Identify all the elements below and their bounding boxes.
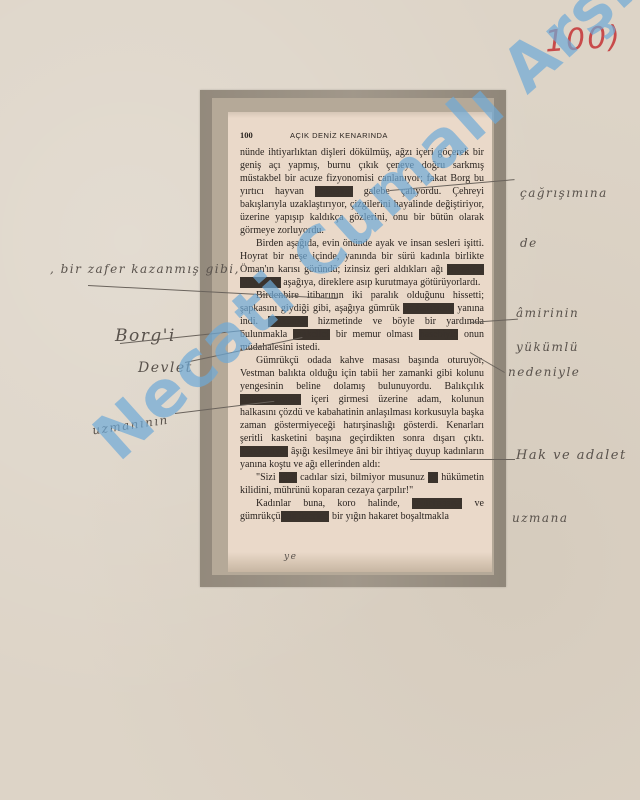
struck-word: mütehassısa: [412, 498, 462, 509]
struck-word: Hakkaniyet: [240, 446, 288, 457]
annotation-ye: ye: [284, 552, 297, 562]
clipping-paragraph: "Sizi gidi cadılar sizi, bilmiyor musunu…: [240, 471, 484, 497]
annotation-uzmaninin: uzmanının: [91, 413, 169, 438]
annotation-line-hak: [410, 459, 515, 460]
struck-word: muzaffer bir edayla: [240, 264, 484, 288]
clipping-paragraph: Birdenbire itibarının iki paralık olduğu…: [240, 289, 484, 354]
annotation-de: de: [520, 236, 538, 250]
annotation-amirinin: âmirinin: [516, 306, 579, 320]
clipping-paragraph: Birden aşağıda, evin önünde ayak ve insa…: [240, 237, 484, 289]
struck-word: tedaisine: [315, 186, 353, 197]
clipping-body: nünde ihtiyarlıktan dişleri dökülmüş, ağ…: [240, 146, 484, 523]
annotation-uzmana: uzmana: [512, 511, 568, 525]
struck-word: hasebiyle: [419, 329, 459, 340]
annotation-yukumlu: yükümlü: [516, 340, 579, 354]
page-number-annotation: 100): [544, 19, 623, 59]
struck-word: muhafızının: [403, 303, 453, 314]
struck-word: nün üzerine: [281, 511, 330, 522]
clipping-running-title: AÇIK DENİZ KENARINDA: [290, 131, 388, 140]
struck-word: ki: [428, 472, 438, 483]
annotation-zafer: , bir zafer kazanmış gibi,: [50, 262, 240, 276]
clipping-paragraph: nünde ihtiyarlıktan dişleri dökülmüş, ağ…: [240, 146, 484, 237]
struck-word: gidi: [279, 472, 297, 483]
annotation-nedeniyle: nedeniyle: [508, 365, 580, 379]
annotation-hak-ve-adalet: Hak ve adalet: [516, 448, 627, 463]
clipping-page-number: 100: [240, 130, 290, 140]
clipping-paragraph: Gümrükçü odada kahve masası başında otur…: [240, 354, 484, 471]
clipping-paragraph: Kadınlar buna, koro halinde, mütehassısa…: [240, 497, 484, 523]
clipping-header: 100 AÇIK DENİZ KENARINDA: [240, 130, 484, 140]
annotation-cagrisimina: çağrışımına: [520, 186, 608, 200]
struck-word: Hükümet: [268, 316, 307, 327]
book-clipping: 100 AÇIK DENİZ KENARINDA nünde ihtiyarlı…: [228, 112, 492, 572]
